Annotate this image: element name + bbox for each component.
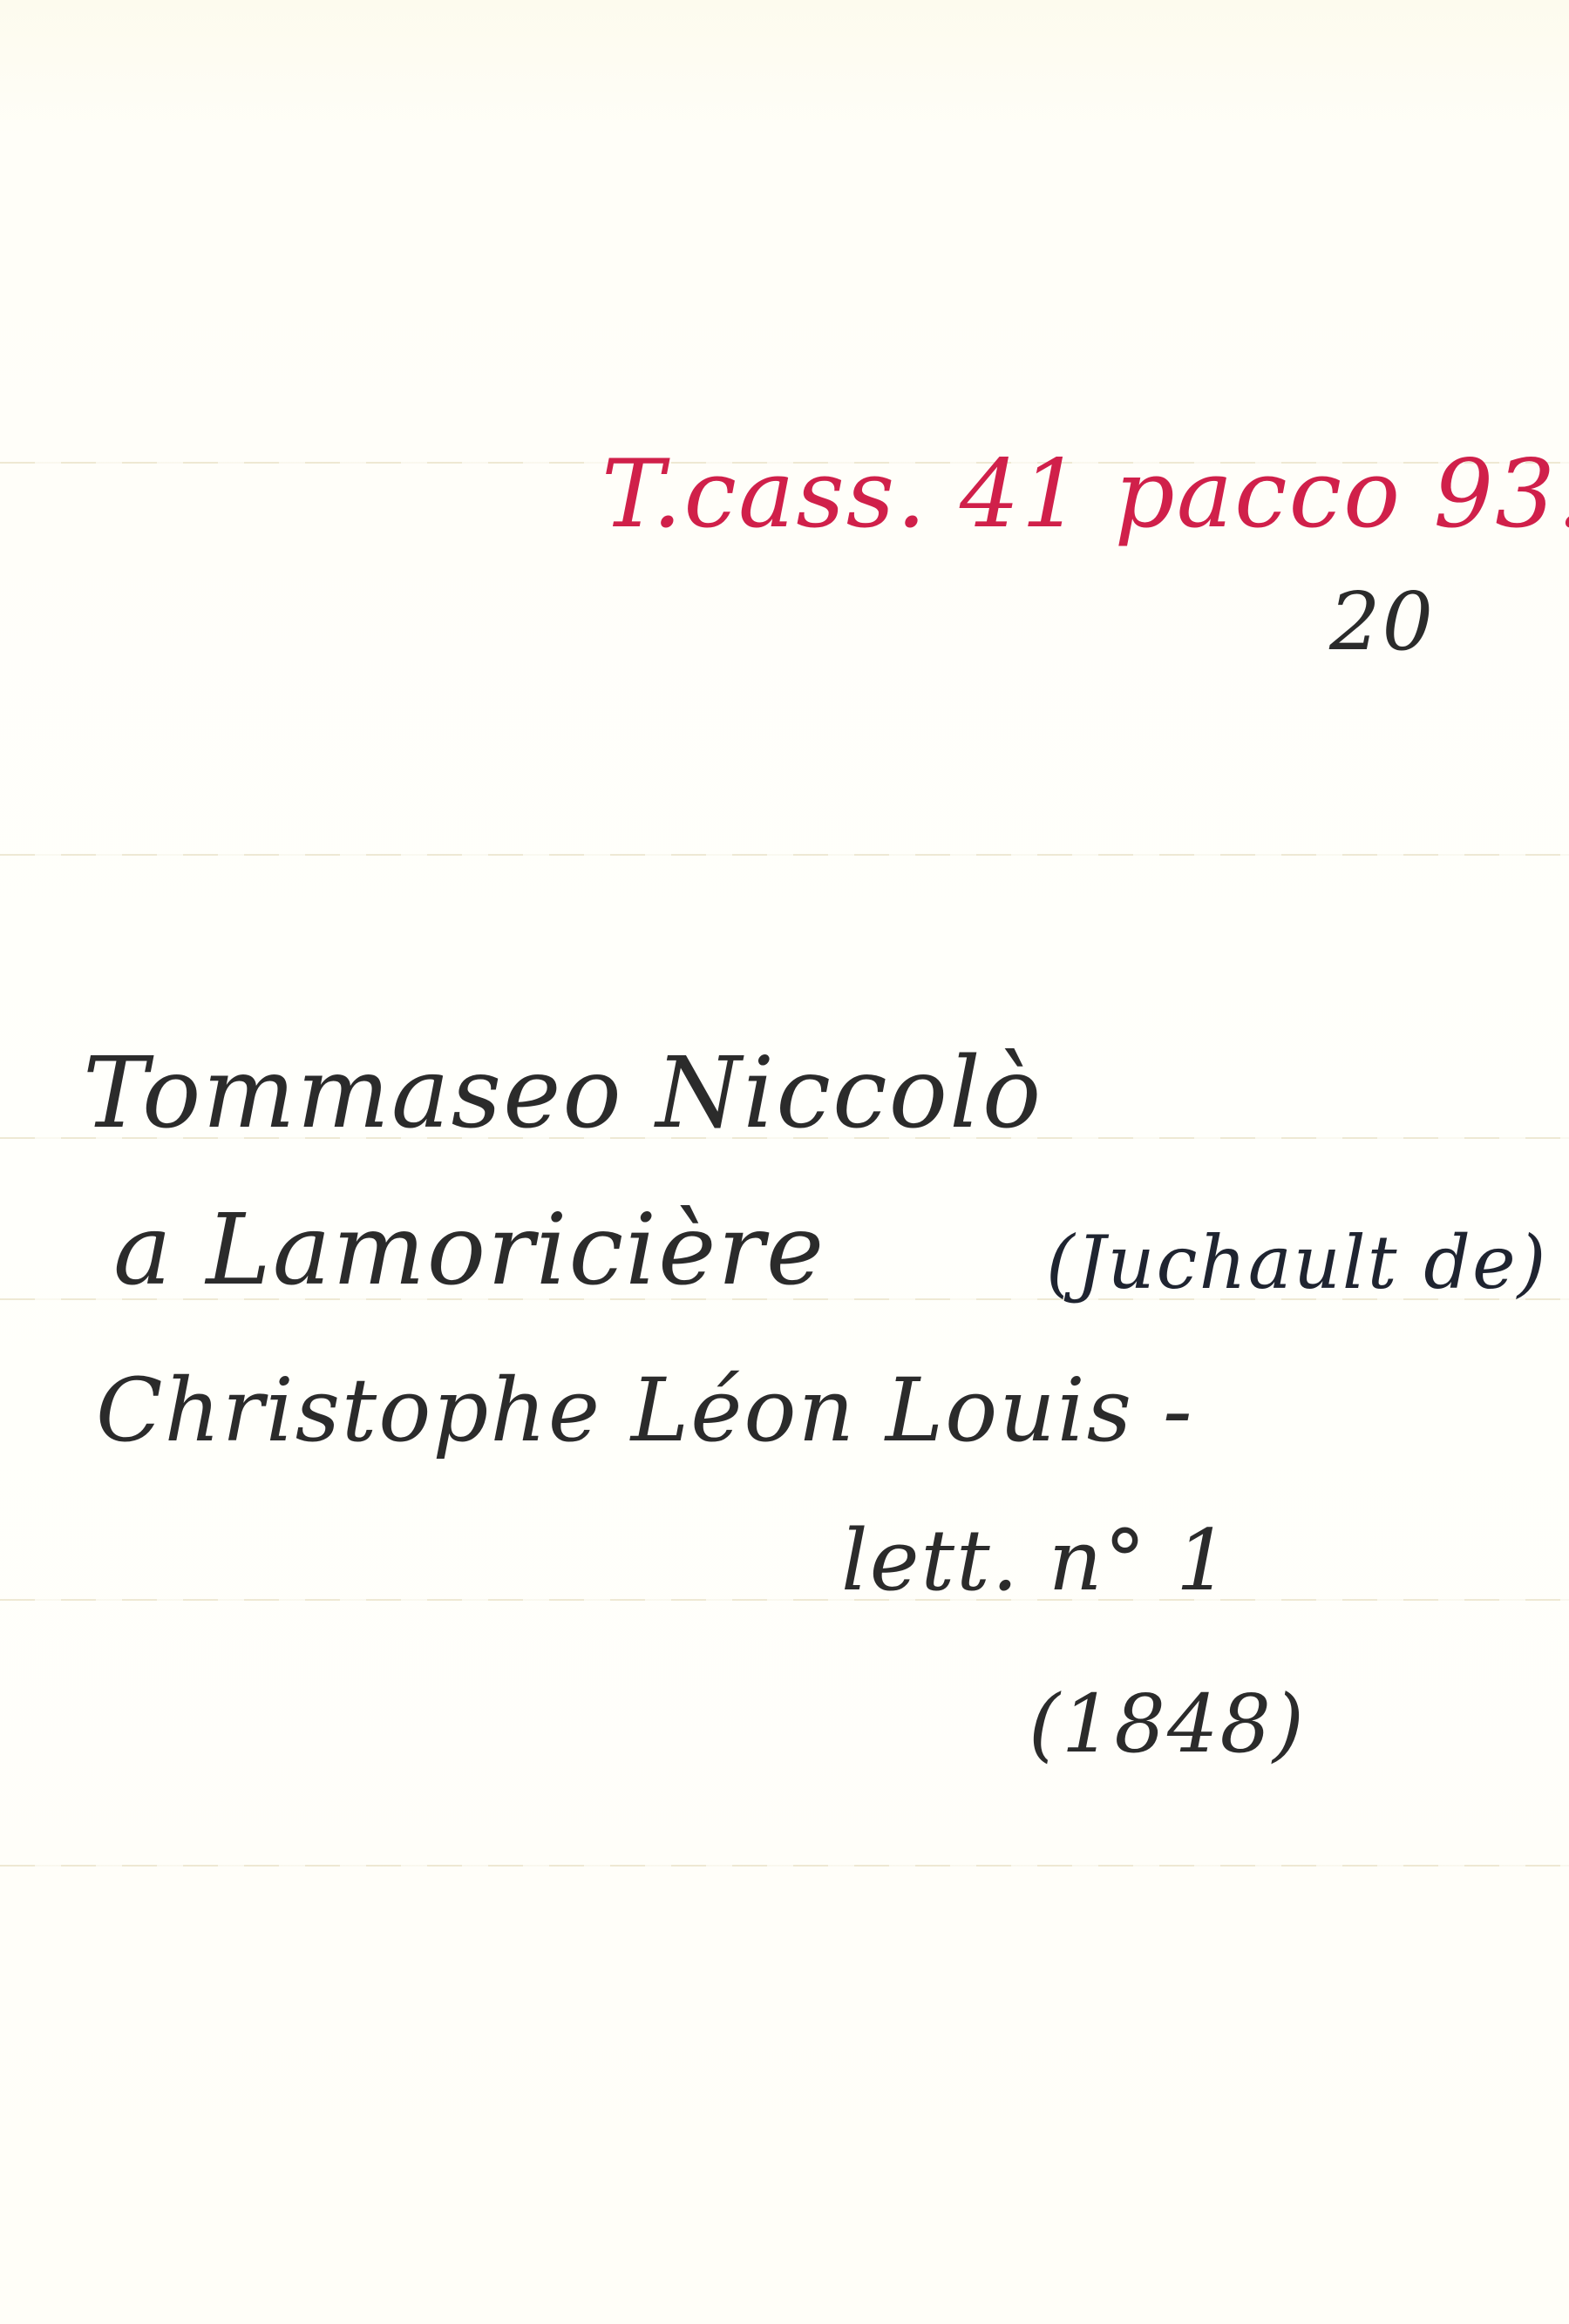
letter-count: lett. n° 1 [841, 1512, 1231, 1609]
shelfmark-number: 20 [1329, 575, 1435, 668]
recipient-given-names: Christophe Léon Louis - [96, 1359, 1194, 1461]
shelfmark-line: T.cass. 41 pacco 93. [601, 440, 1569, 549]
ruled-line [0, 1599, 1569, 1601]
recipient-surname: a Lamoricière [113, 1194, 825, 1307]
recipient-annotation: (Juchault de) [1046, 1220, 1547, 1305]
archival-index-card: T.cass. 41 pacco 93. 20 Tommaseo Niccolò… [0, 0, 1569, 2324]
author-name: Tommaseo Niccolò [83, 1037, 1043, 1150]
letter-year: (1848) [1029, 1677, 1306, 1771]
ruled-line [0, 1865, 1569, 1867]
ruled-line [0, 854, 1569, 856]
